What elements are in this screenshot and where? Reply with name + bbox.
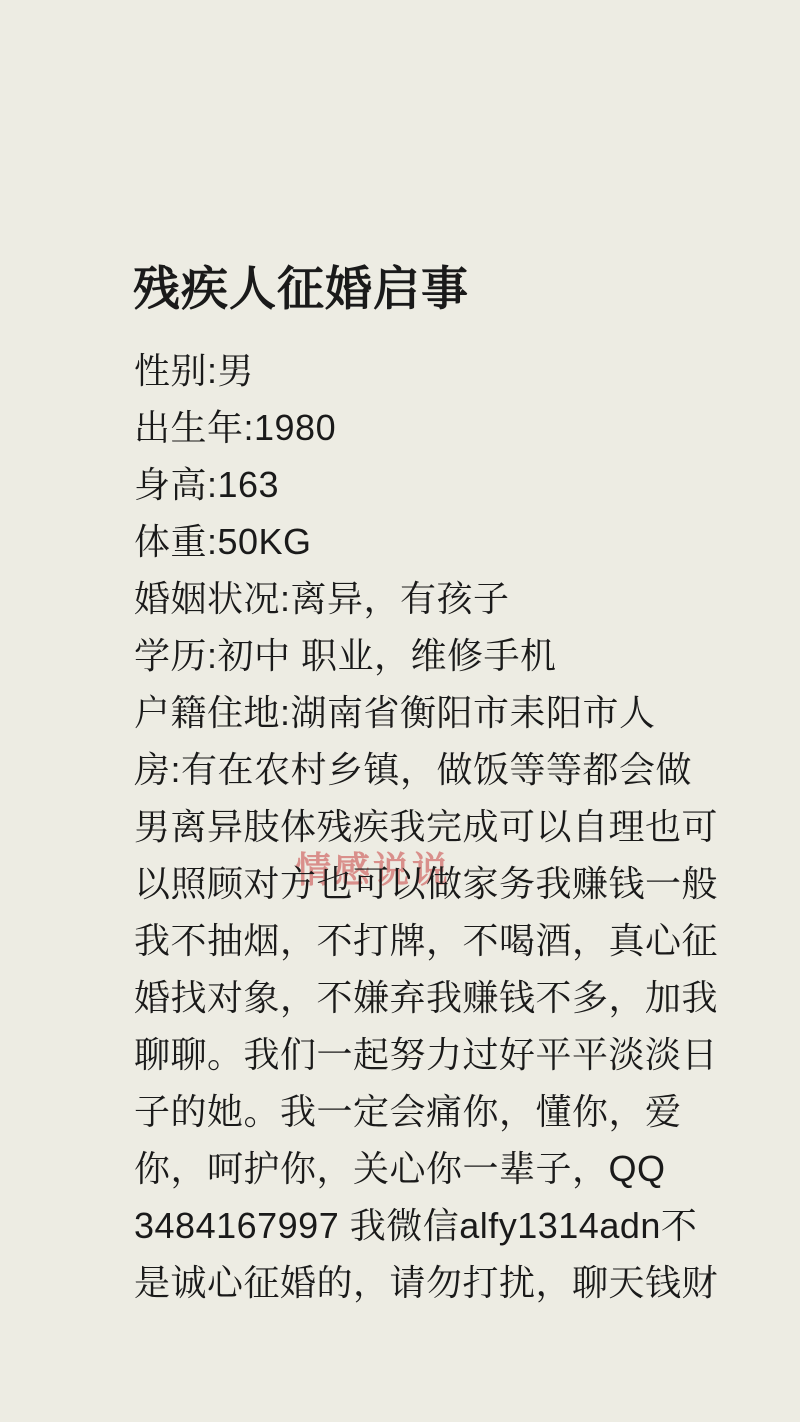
page-title: 残疾人征婚启事 (133, 263, 469, 315)
text-line-weight: 体重:50KG (134, 513, 694, 570)
text-line: 子的她。我一定会痛你，懂你，爱 (134, 1083, 694, 1140)
text-line-contact: 3484167997 我微信alfy1314adn不 (134, 1197, 694, 1254)
text-line-qq: 你，呵护你，关心你一辈子，QQ (134, 1140, 694, 1197)
text-line-gender: 性别:男 (134, 342, 694, 399)
text-line: 男离异肢体残疾我完成可以自理也可 (134, 798, 694, 855)
text-line-birth-year: 出生年:1980 (134, 399, 694, 456)
text-line-residence: 户籍住地:湖南省衡阳市耒阳市人 (134, 684, 694, 741)
text-line-education: 学历:初中 职业，维修手机 (134, 627, 694, 684)
text-line-height: 身高:163 (134, 456, 694, 513)
text-line-warning: 是诚心征婚的，请勿打扰，聊天钱财 (134, 1254, 694, 1311)
text-line: 婚找对象，不嫌弃我赚钱不多，加我 (134, 969, 694, 1026)
text-line: 以照顾对方也可以做家务我赚钱一般 (134, 855, 694, 912)
text-line-marital: 婚姻状况:离异，有孩子 (134, 570, 694, 627)
notice-body: 性别:男 出生年:1980 身高:163 体重:50KG 婚姻状况:离异，有孩子… (134, 342, 694, 1311)
text-line: 我不抽烟，不打牌，不喝酒，真心征 (134, 912, 694, 969)
marriage-notice-page: 残疾人征婚启事 情感说说 性别:男 出生年:1980 身高:163 体重:50K… (0, 0, 800, 1422)
text-line: 房:有在农村乡镇，做饭等等都会做 (134, 741, 694, 798)
text-line: 聊聊。我们一起努力过好平平淡淡日 (134, 1026, 694, 1083)
